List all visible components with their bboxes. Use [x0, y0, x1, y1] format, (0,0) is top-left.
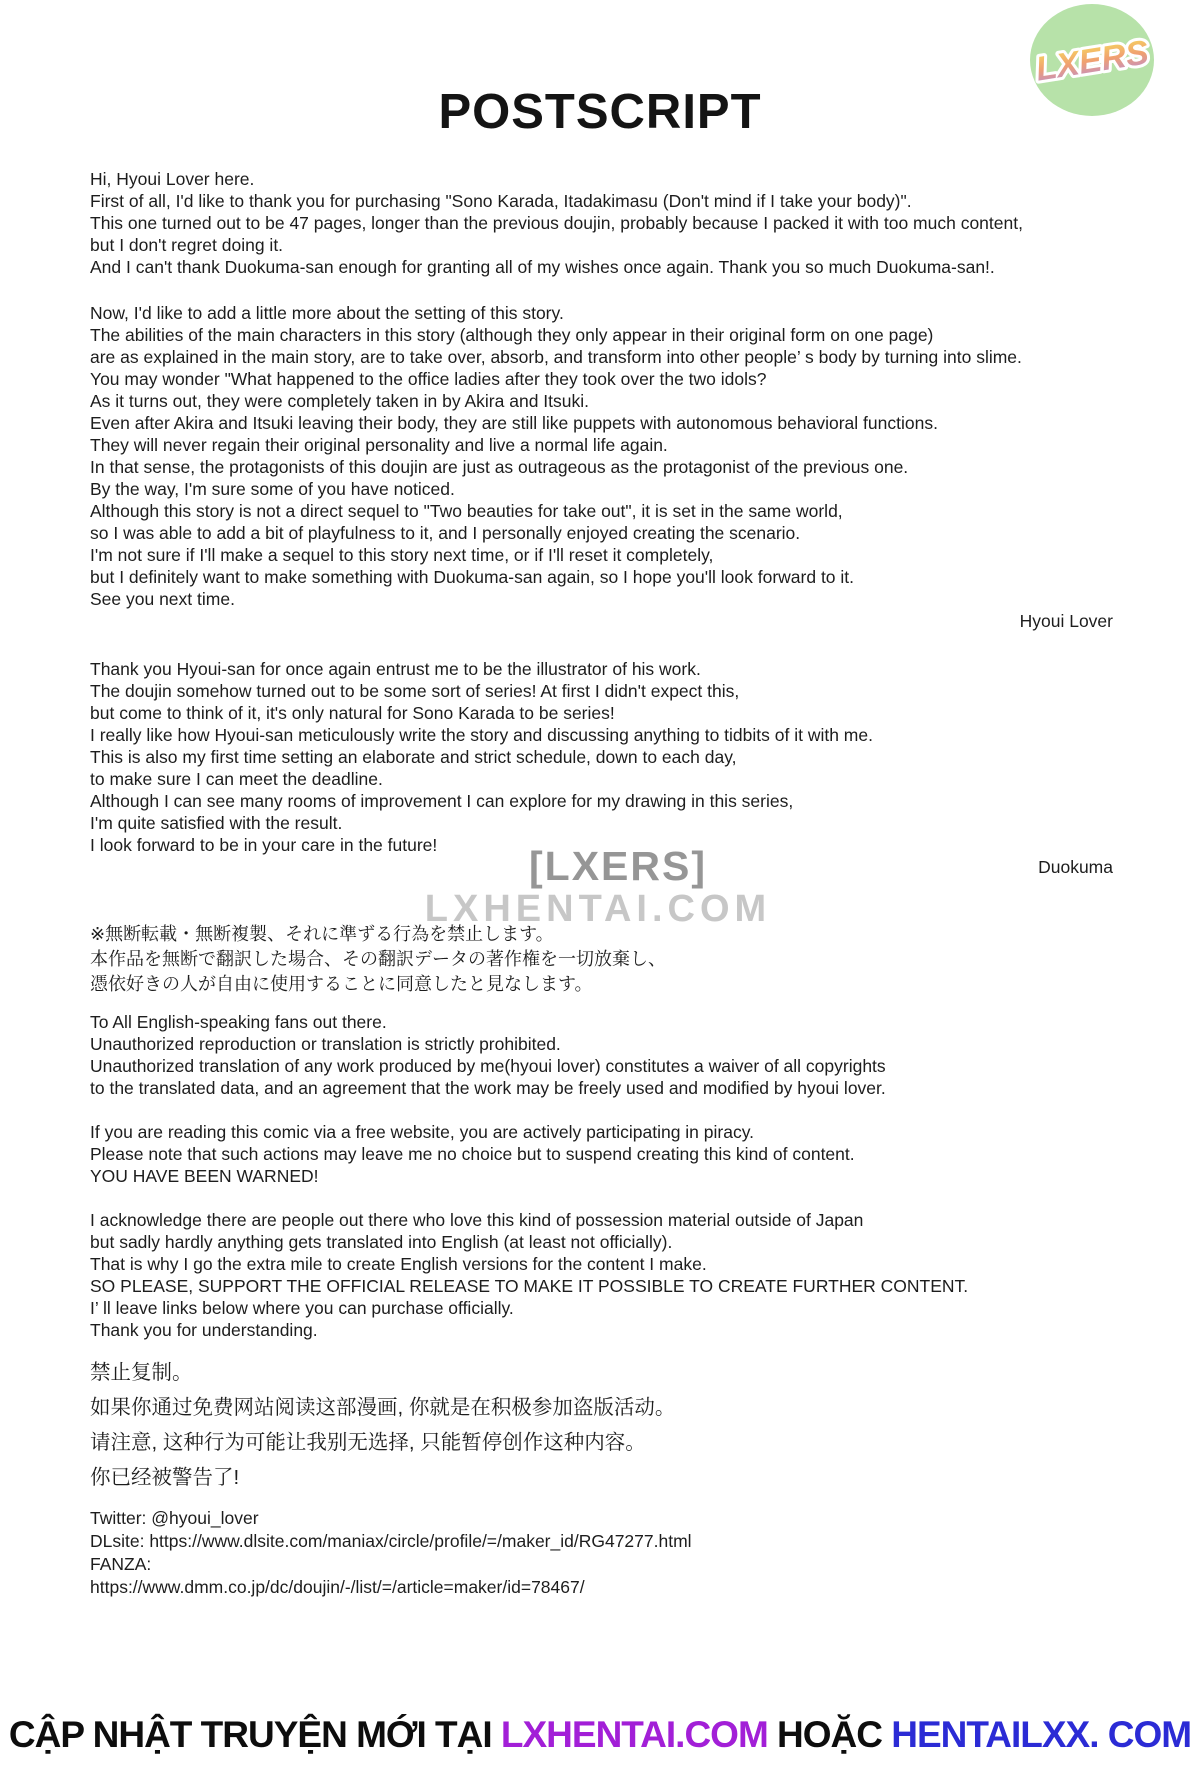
english-copyright-notice: To All English-speaking fans out there. … [90, 1011, 1113, 1099]
english-piracy-warning: If you are reading this comic via a free… [90, 1121, 1113, 1187]
japanese-copyright-notice: ※無断転載・無断複製、それに準ずる行為を禁止します。 本作品を無断で翻訳した場合… [90, 922, 1113, 997]
english-support-request: I acknowledge there are people out there… [90, 1209, 1113, 1341]
signature-hyoui-lover: Hyoui Lover [90, 610, 1113, 632]
fanza-link: https://www.dmm.co.jp/dc/doujin/-/list/=… [90, 1576, 1113, 1599]
footer-site-hentailxx: HENTAILXX. COM [891, 1714, 1191, 1755]
lxhentai-watermark: LXHENTAI.COM [425, 888, 771, 931]
official-links: Twitter: @hyoui_lover DLsite: https://ww… [90, 1507, 1113, 1599]
page-title: POSTSCRIPT [0, 88, 1200, 137]
dlsite-link: DLsite: https://www.dlsite.com/maniax/ci… [90, 1530, 1113, 1553]
story-notes-paragraph: Now, I'd like to add a little more about… [90, 302, 1113, 610]
lxers-watermark: [LXERS] [529, 843, 707, 890]
illustrator-paragraph: Thank you Hyoui-san for once again entru… [90, 658, 1113, 856]
footer-text-middle: HOẶC [768, 1714, 892, 1755]
footer-text-prefix: CẬP NHẬT TRUYỆN MỚI TẠI [9, 1714, 501, 1755]
fanza-label: FANZA: [90, 1553, 1113, 1576]
postscript-page: LXERS POSTSCRIPT Hi, Hyoui Lover here. F… [0, 0, 1200, 1773]
lxers-logo-text: LXERS [1033, 33, 1151, 88]
footer-site-lxhentai: LXHENTAI.COM [501, 1714, 768, 1755]
footer-banner: CẬP NHẬT TRUYỆN MỚI TẠI LXHENTAI.COM HOẶ… [0, 1714, 1200, 1756]
intro-paragraph: Hi, Hyoui Lover here. First of all, I'd … [90, 168, 1113, 278]
twitter-handle: Twitter: @hyoui_lover [90, 1507, 1113, 1530]
chinese-piracy-warning: 禁止复制。 如果你通过免费网站阅读这部漫画, 你就是在积极参加盗版活动。 请注意… [90, 1355, 1113, 1495]
